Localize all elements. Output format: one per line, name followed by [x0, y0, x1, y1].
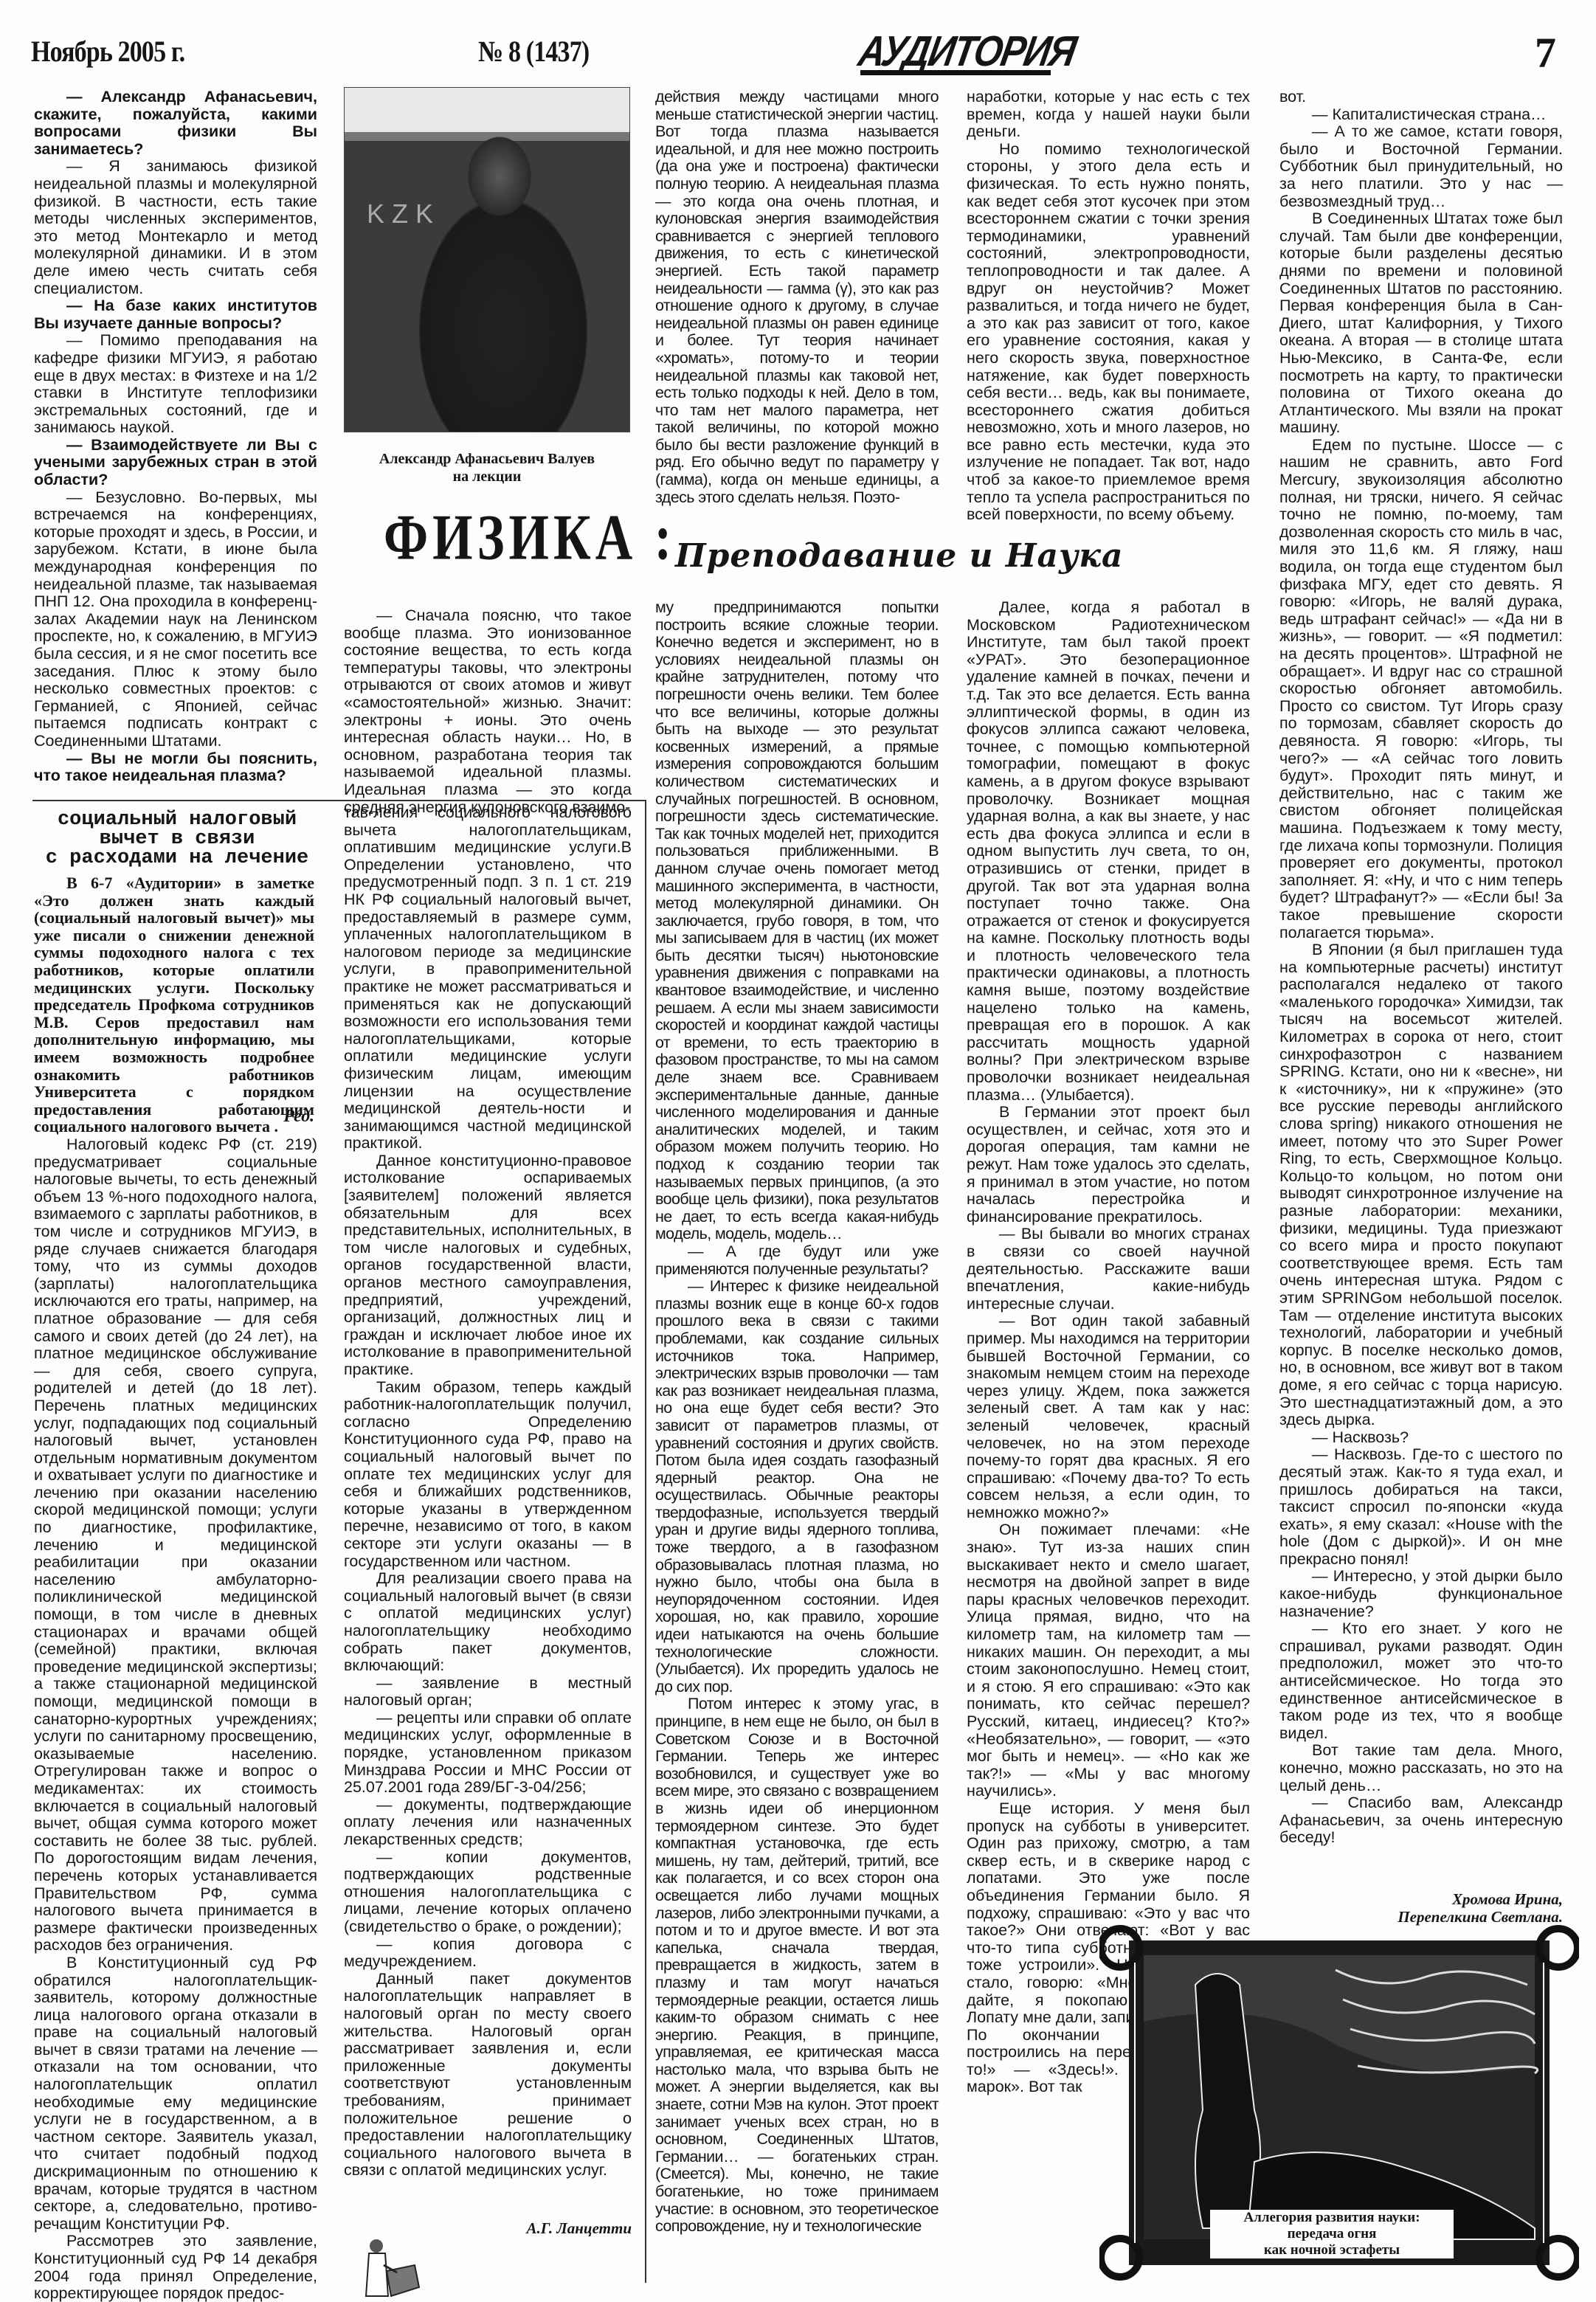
interview-answer: — Безусловно. Во-первых, мы встречаемся …: [34, 489, 317, 750]
blackboard-chalk-text: K Z K: [367, 198, 433, 229]
paragraph: — рецепты или справки об оплате медицинс…: [344, 1710, 632, 1797]
paragraph: — Спасибо вам, Александр Афанасьевич, за…: [1279, 1794, 1563, 1847]
paragraph: Вот такие там дела. Много, конечно, можн…: [1279, 1742, 1563, 1794]
logo-underline: [860, 70, 1051, 75]
paragraph: Но помимо технологической стороны, у это…: [967, 141, 1250, 524]
caption-line: Аллегория развития науки:: [1210, 2210, 1454, 2226]
paragraph: — Вот один такой забавный пример. Мы нах…: [967, 1313, 1250, 1521]
photo-caption-name: Александр Афанасьевич Валуев: [344, 450, 630, 468]
paragraph: — Интересно, у этой дырки было какое-ниб…: [1279, 1568, 1563, 1620]
paragraph: — Сначала поясню, что такое вообще плазм…: [344, 607, 632, 816]
tax-article-lead: В 6-7 «Аудитории» в заметке «Это должен …: [34, 874, 314, 1136]
interview-question: — Вы не могли бы пояснить, что такое неи…: [34, 750, 317, 785]
caption-line: передача огня: [1210, 2226, 1454, 2242]
paragraph: — Интерес к физике неидеальной плазмы во…: [655, 1278, 939, 1696]
paragraph: наработки, которые у нас есть с тех врем…: [967, 89, 1250, 141]
interview-column-3-top: действия между частицами много меньше ст…: [655, 89, 939, 506]
interview-column-3-bottom: му предпринимаются попытки построить вся…: [655, 599, 939, 2236]
headline-teaching-and-science: Преподавание и Наука: [675, 537, 1124, 575]
paragraph: — А то же самое, кстати говоря, было и В…: [1279, 123, 1563, 210]
paragraph: Едем по пустыне. Шоссе — с нашим не срав…: [1279, 437, 1563, 941]
title-line: с расходами на лечение: [37, 848, 317, 868]
paragraph: Для реализации своего права на социальны…: [344, 1570, 632, 1675]
paragraph: — копия договора с медучреждением.: [344, 1936, 632, 1971]
interview-column-4-bottom: Далее, когда я работал в Московском Ради…: [967, 599, 1250, 2096]
title-line: социальный налоговый: [37, 810, 317, 829]
paragraph: — документы, подтверждающие оплату лечен…: [344, 1797, 632, 1849]
editor-mark: Ред.: [34, 1107, 314, 1127]
paragraph: Потом интерес к этому угас, в принципе, …: [655, 1696, 939, 2235]
interview-answer: — Я занимаюсь физикой неидеальной плазмы…: [34, 158, 317, 297]
paragraph: В Конституционный суд РФ обратился налог…: [34, 1954, 317, 2233]
title-line: вычет в связи: [37, 829, 317, 848]
interview-column-1: — Александр Афанасьевич, скажите, пожалу…: [34, 89, 317, 785]
paragraph: — Кто его знает. У кого не спрашивал, ру…: [1279, 1620, 1563, 1742]
paragraph: Данный пакет документов налогоплательщик…: [344, 1971, 632, 2180]
headline-fizika: ФИЗИКА :: [384, 502, 676, 575]
allegory-caption: Аллегория развития науки: передача огня …: [1210, 2210, 1454, 2258]
page-number: 7: [1535, 28, 1556, 77]
paragraph: — А где будут или уже применяются получе…: [655, 1243, 939, 1278]
paragraph: — Капиталистическая страна…: [1279, 106, 1563, 124]
paragraph: тав-ления социального налогового вычета …: [344, 804, 632, 1152]
paragraph: Налоговый кодекс РФ (ст. 219) предусматр…: [34, 1136, 317, 1954]
paragraph: — Насквозь?: [1279, 1429, 1563, 1447]
paragraph: В Соединенных Штатах тоже был случай. Та…: [1279, 210, 1563, 437]
paragraph: В Германии этот проект был осуществлен, …: [967, 1104, 1250, 1226]
doctor-illustration: [362, 2236, 421, 2298]
paragraph: Данное конституционно-правовое истолкова…: [344, 1152, 632, 1379]
author-1: Хромова Ирина,: [1279, 1890, 1563, 1908]
paragraph: — Вы бывали во многих странах в связи со…: [967, 1226, 1250, 1313]
interview-question: — На базе каких институтов Вы изучаете д…: [34, 297, 317, 332]
tax-article-column-2: тав-ления социального налогового вычета …: [344, 804, 632, 2180]
paragraph: му предпринимаются попытки построить вся…: [655, 599, 939, 1243]
interview-question: — Взаимодействуете ли Вы с учеными заруб…: [34, 437, 317, 489]
caption-line: как ночной эстафеты: [1210, 2242, 1454, 2258]
paragraph: Далее, когда я работал в Московском Ради…: [967, 599, 1250, 1104]
paragraph: вот.: [1279, 89, 1563, 106]
paragraph: действия между частицами много меньше ст…: [655, 89, 939, 506]
photo-caption: Александр Афанасьевич Валуев на лекции: [344, 450, 630, 485]
paragraph: В Японии (я был приглашен туда на компью…: [1279, 941, 1563, 1429]
issue-date: Ноябрь 2005 г.: [31, 34, 184, 69]
paragraph: Рассмотрев это заявление, Конституционны…: [34, 2233, 317, 2302]
photo-caption-context: на лекции: [344, 468, 630, 485]
divider-tax-article-top: [32, 800, 646, 801]
newspaper-logo: АУДИТОРИЯ: [855, 30, 1079, 74]
interview-question: — Александр Афанасьевич, скажите, пожалу…: [34, 89, 317, 158]
paragraph: — Насквозь. Где-то с шестого по десятый …: [1279, 1446, 1563, 1568]
tax-article-author: А.Г. Ланцетти: [344, 2219, 632, 2237]
paragraph: Таким образом, теперь каждый работник-на…: [344, 1379, 632, 1571]
interview-answer: — Помимо преподавания на кафедре физики …: [34, 332, 317, 437]
issue-number: № 8 (1437): [478, 34, 589, 69]
interview-column-4-top: наработки, которые у нас есть с тех врем…: [967, 89, 1250, 524]
interview-column-5: вот.— Капиталистическая страна…— А то же…: [1279, 89, 1563, 1847]
lecturer-photo: K Z K: [344, 87, 630, 432]
paragraph: — копии документов, подтверждающих родст…: [344, 1849, 632, 1936]
paragraph: — заявление в местный налоговый орган;: [344, 1675, 632, 1710]
tax-article-title: социальный налоговый вычет в связи с рас…: [37, 810, 317, 868]
tax-article-column-1: Налоговый кодекс РФ (ст. 219) предусматр…: [34, 1136, 317, 2302]
paragraph: Он пожимает плечами: «Не знаю». Тут из-з…: [967, 1521, 1250, 1800]
interview-column-2: — Сначала поясню, что такое вообще плазм…: [344, 607, 632, 816]
divider-tax-article-right: [645, 800, 646, 2283]
